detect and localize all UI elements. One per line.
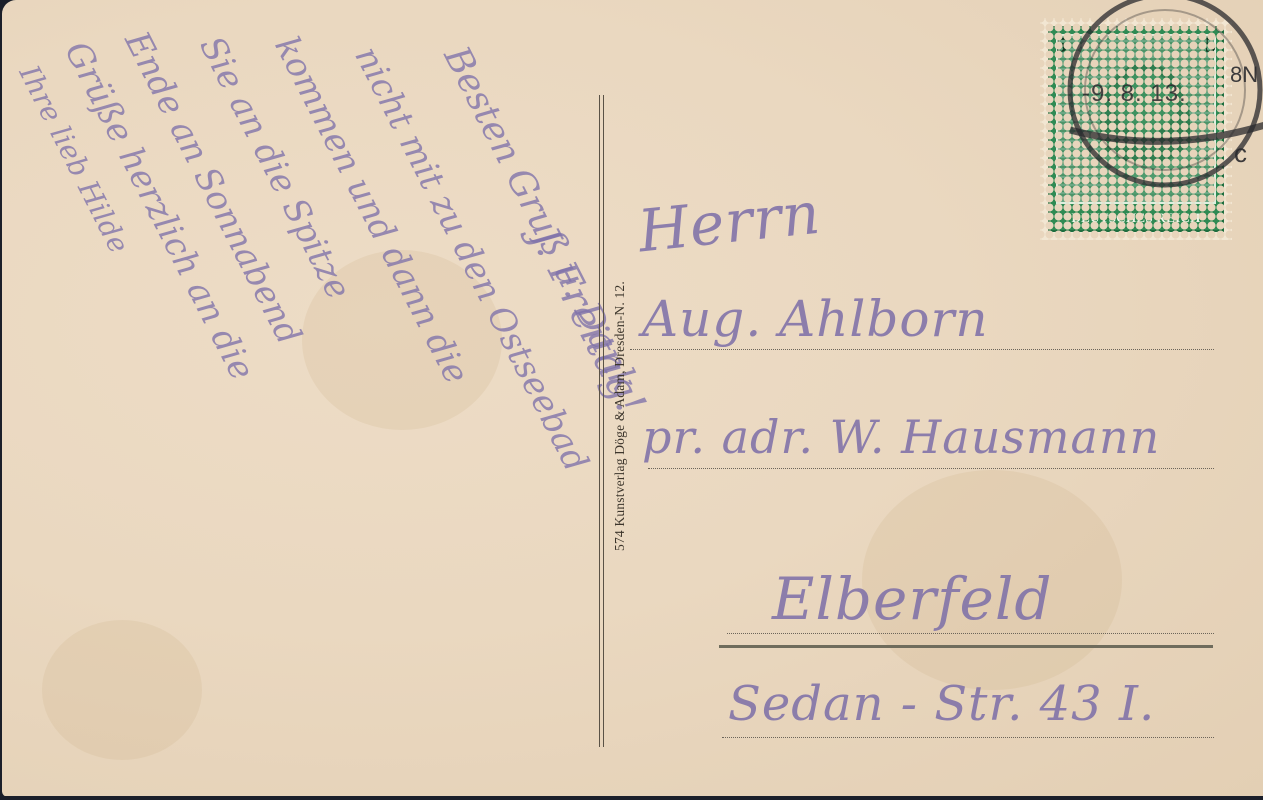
stamp-country: DEUTSCHES REICH xyxy=(1050,210,1222,226)
postcard-back: Besten Gruß u. Dank nicht mit zu den Ost… xyxy=(2,0,1263,797)
center-divider xyxy=(599,95,605,747)
address-line xyxy=(648,468,1214,469)
address-line xyxy=(722,737,1214,738)
address-underline xyxy=(719,645,1213,648)
postmark-time: 8N xyxy=(1230,62,1258,88)
address-name: Aug. Ahlborn xyxy=(642,290,989,348)
address-street: Sedan - Str. 43 I. xyxy=(728,676,1155,732)
address-city: Elberfeld xyxy=(772,565,1053,633)
postmark-date: -9. 8. 13. xyxy=(1082,80,1187,108)
publisher-imprint: 574 Kunstverlag Döge & Adam, Dresden-N. … xyxy=(612,176,628,656)
address-care-of: pr. adr. W. Hausmann xyxy=(642,410,1160,464)
address-line xyxy=(727,633,1214,634)
postmark-letter: c xyxy=(1234,138,1247,169)
address-line xyxy=(630,349,1214,350)
address-salutation: Herrn xyxy=(635,179,824,266)
background-edge xyxy=(0,796,1263,800)
message-area: Besten Gruß u. Dank nicht mit zu den Ost… xyxy=(2,0,602,797)
